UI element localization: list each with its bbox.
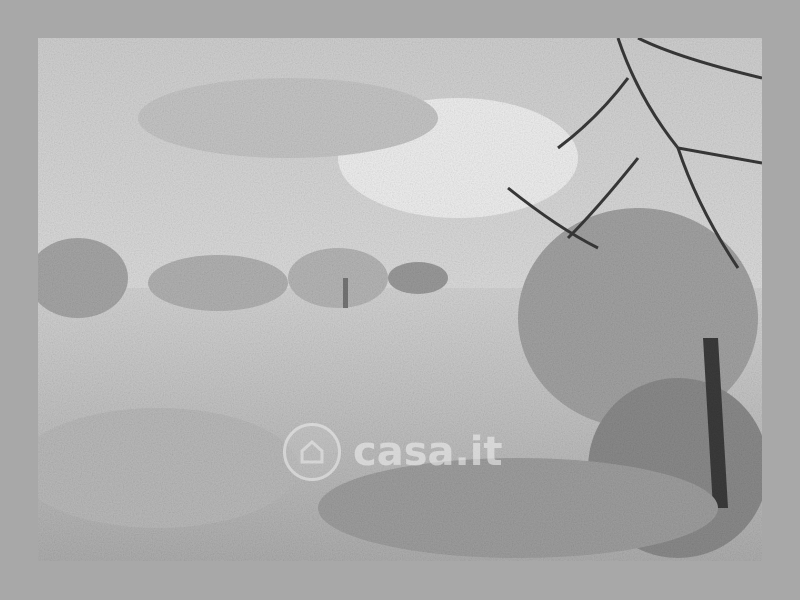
house-icon (283, 423, 341, 481)
watermark-text: casa.it (353, 429, 503, 475)
field-scene (38, 38, 762, 561)
casa-it-watermark: casa.it (283, 423, 503, 481)
listing-photo (38, 38, 762, 561)
